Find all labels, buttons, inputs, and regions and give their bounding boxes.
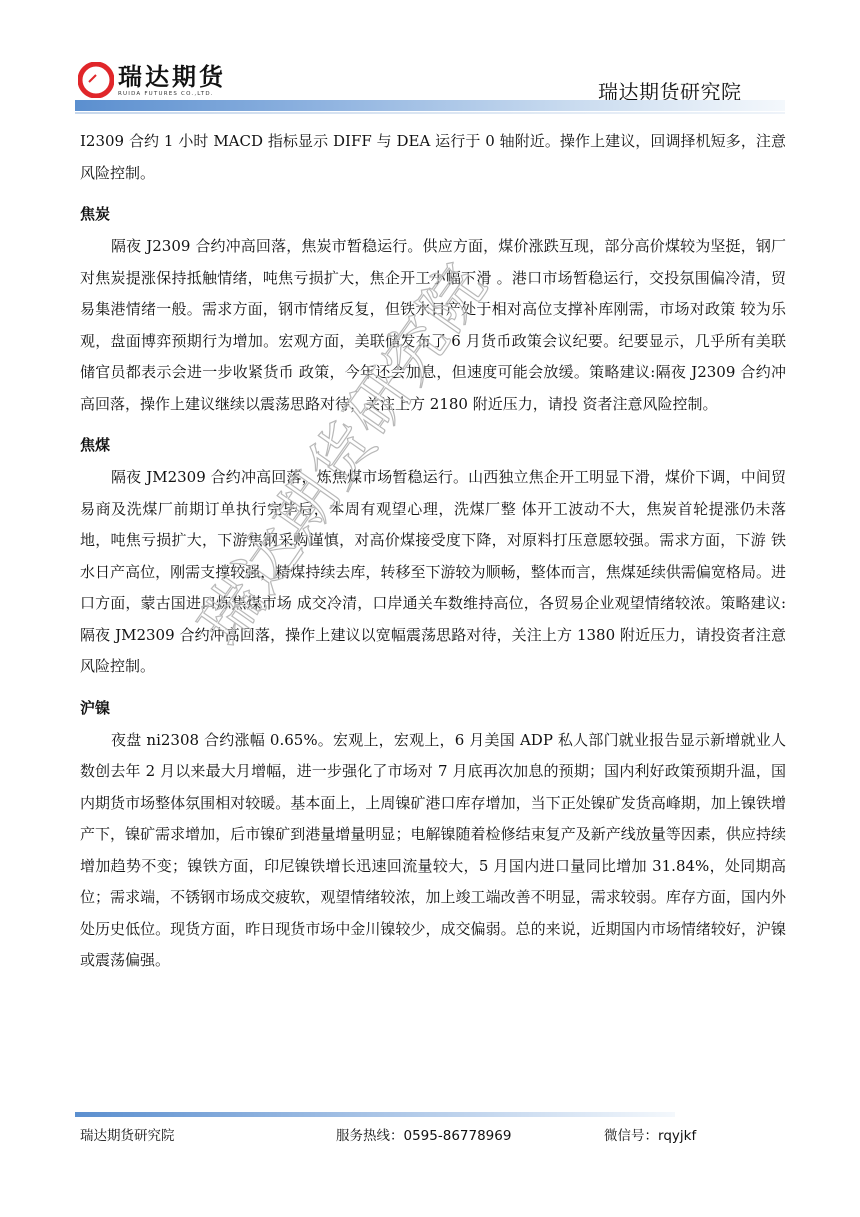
section-title-coke: 焦炭 — [80, 199, 786, 229]
page-header: 瑞达期货 RUIDA FUTURES CO.,LTD. 瑞达期货研究院 — [0, 0, 860, 120]
logo-swirl-icon — [78, 62, 114, 98]
section-body-coking-coal: 隔夜 JM2309 合约冲高回落，炼焦煤市场暂稳运行。山西独立焦企开工明显下滑，… — [80, 462, 786, 683]
intro-paragraph: I2309 合约 1 小时 MACD 指标显示 DIFF 与 DEA 运行于 0… — [80, 126, 786, 189]
footer-org: 瑞达期货研究院 — [80, 1124, 175, 1144]
logo-english-name: RUIDA FUTURES CO.,LTD. — [118, 91, 226, 97]
logo-chinese-name: 瑞达期货 — [118, 64, 226, 90]
section-title-nickel: 沪镍 — [80, 693, 786, 723]
footer-wechat: 微信号：rqyjkf — [604, 1124, 696, 1144]
report-body: I2309 合约 1 小时 MACD 指标显示 DIFF 与 DEA 运行于 0… — [80, 126, 786, 977]
footer-hotline: 服务热线：0595-86778969 — [336, 1124, 511, 1144]
section-body-coke: 隔夜 J2309 合约冲高回落，焦炭市暂稳运行。供应方面，煤价涨跌互现，部分高价… — [80, 231, 786, 420]
header-divider-bar — [75, 100, 785, 111]
company-logo: 瑞达期货 RUIDA FUTURES CO.,LTD. — [78, 62, 226, 98]
section-body-nickel: 夜盘 ni2308 合约涨幅 0.65%。宏观上，宏观上，6 月美国 ADP 私… — [80, 725, 786, 977]
header-divider-line — [75, 112, 785, 114]
section-title-coking-coal: 焦煤 — [80, 430, 786, 460]
footer-divider-bar — [75, 1112, 675, 1117]
